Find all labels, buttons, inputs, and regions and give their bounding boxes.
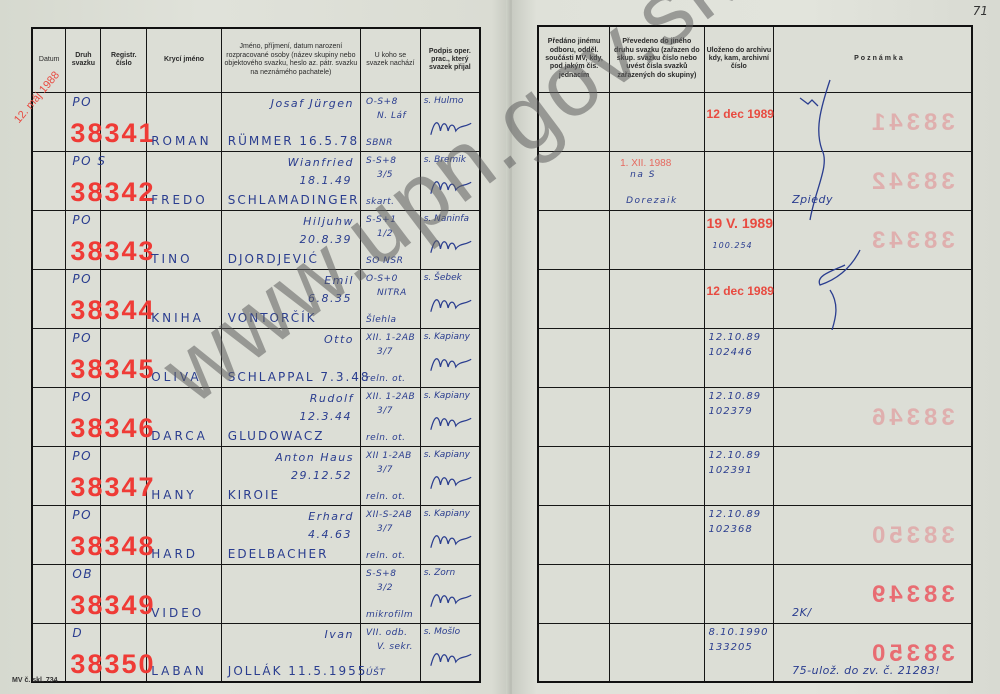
jmeno-line-1: Ivan <box>325 628 354 641</box>
cell-u-koho: XII. 1-2AB3/7reln. ot. <box>360 328 420 387</box>
signature-icon <box>427 115 475 143</box>
cell-predano <box>538 564 610 623</box>
cell-poznamka: 38341 <box>774 92 972 151</box>
header-u-koho: U koho se svazek nachází <box>360 28 420 92</box>
jmeno-line-2: 4.4.63 <box>308 528 352 541</box>
u-koho-line-2: 1/2 <box>377 229 393 239</box>
cell-podpis: s. Šebek <box>420 269 480 328</box>
jmeno-line-2: 12.3.44 <box>299 410 352 423</box>
cell-jmeno-osoby: OttoSCHLAPPAL 7.3.48 <box>221 328 360 387</box>
jmeno-line-3: SCHLAMADINGER <box>228 193 360 207</box>
kryci-jmeno-value: HANY <box>151 488 197 502</box>
cell-ulozeno: 12 dec 1989 <box>704 269 774 328</box>
u-koho-line-3: SO NSR <box>366 256 403 266</box>
cell-datum <box>32 210 66 269</box>
cell-u-koho: O-S+0NITRAŠlehla <box>360 269 420 328</box>
table-row: PO38344KNIHAEmil6.8.35VONTORČÍKO-S+0NITR… <box>32 269 480 328</box>
kryci-jmeno-value: ROMAN <box>151 134 211 148</box>
table-row: 12 dec 198938341 <box>538 92 972 151</box>
cell-datum <box>32 623 66 682</box>
ulozeno-archive-number: 102391 <box>709 465 753 476</box>
druh-svazku-value: PO <box>72 449 92 463</box>
ulozeno-stamp: 12 dec 1989 <box>707 284 774 298</box>
u-koho-line-3: reln. ot. <box>366 492 406 502</box>
jmeno-line-3: VONTORČÍK <box>228 311 317 325</box>
cell-u-koho: XII 1-2AB3/7reln. ot. <box>360 446 420 505</box>
u-koho-line-2: 3/7 <box>377 347 393 357</box>
cell-podpis: s. Kapiany <box>420 505 480 564</box>
cell-datum <box>32 564 66 623</box>
cell-kryci-jmeno: VIDEO <box>147 564 222 623</box>
u-koho-line-3: mikrofilm <box>366 610 413 620</box>
u-koho-line-3: Šlehla <box>366 315 396 325</box>
page-number: 71 <box>973 4 988 18</box>
u-koho-line-3: skart. <box>366 197 395 207</box>
podpis-line-1: s. Kapiany <box>424 509 470 519</box>
u-koho-line-1: VII. odb. <box>366 628 407 638</box>
jmeno-line-1: Hiljuhw <box>303 215 354 228</box>
cell-datum <box>32 269 66 328</box>
mirrored-stamp: 38346 <box>868 404 955 432</box>
cell-poznamka <box>774 269 972 328</box>
cell-prevedeno <box>610 505 704 564</box>
cell-prevedeno <box>610 328 704 387</box>
cell-u-koho: XII-S-2AB3/7reln. ot. <box>360 505 420 564</box>
jmeno-line-3: DJORDJEVIĆ <box>228 252 319 266</box>
cell-kryci-jmeno: TINO <box>147 210 222 269</box>
cell-jmeno-osoby: Rudolf12.3.44GLUDOWACZ <box>221 387 360 446</box>
cell-ulozeno: 12.10.89102391 <box>704 446 774 505</box>
u-koho-line-2: 3/7 <box>377 465 393 475</box>
druh-svazku-value: PO <box>72 331 92 345</box>
signature-icon <box>427 646 475 674</box>
jmeno-line-3: GLUDOWACZ <box>228 429 325 443</box>
right-header-row: Předáno jinému odboru, odděl. součásti M… <box>538 26 972 92</box>
jmeno-line-1: Otto <box>324 333 354 346</box>
cell-poznamka: 383492K/ <box>774 564 972 623</box>
table-row: 1. XII. 1988na SDorezaik38342Zpiedy <box>538 151 972 210</box>
jmeno-line-1: Wianfried <box>288 156 354 169</box>
cell-u-koho: S-S+83/2mikrofilm <box>360 564 420 623</box>
cell-podpis: s. Kapiany <box>420 446 480 505</box>
podpis-line-1: s. Naninfa <box>424 214 469 224</box>
cell-druh: PO S38342 <box>66 151 101 210</box>
cell-kryci-jmeno: OLIVA <box>147 328 222 387</box>
jmeno-line-2: 29.12.52 <box>291 469 352 482</box>
kryci-jmeno-value: OLIVA <box>151 370 201 384</box>
cell-kryci-jmeno: HANY <box>147 446 222 505</box>
ulozeno-date: 12.10.89 <box>709 450 762 461</box>
table-row: PO38347HANYAnton Haus29.12.52KIROIEXII 1… <box>32 446 480 505</box>
podpis-line-1: s. Mošlo <box>424 627 460 637</box>
cell-kryci-jmeno: ROMAN <box>147 92 222 151</box>
cell-podpis: s. Kapiany <box>420 387 480 446</box>
jmeno-line-2: 6.8.35 <box>308 292 352 305</box>
ulozeno-stamp: 19 V. 1989 <box>707 215 773 231</box>
cell-podpis: s. Naninfa <box>420 210 480 269</box>
header-kryci-jmeno: Krycí jméno <box>147 28 222 92</box>
cell-druh: D38350 <box>66 623 101 682</box>
cell-kryci-jmeno: KNIHA <box>147 269 222 328</box>
podpis-line-1: s. Bremik <box>424 155 466 165</box>
kryci-jmeno-value: FREDO <box>151 193 208 207</box>
cell-u-koho: S-S+11/2SO NSR <box>360 210 420 269</box>
ulozeno-date: 12.10.89 <box>709 332 762 343</box>
table-row: PO S38342FREDOWianfried18.1.49SCHLAMADIN… <box>32 151 480 210</box>
kryci-jmeno-value: LABAN <box>151 664 207 678</box>
signature-icon <box>427 410 475 438</box>
druh-svazku-value: PO <box>72 213 92 227</box>
left-register-table: Datum Druh svazku Registr. číslo Krycí j… <box>31 27 481 683</box>
cell-datum <box>32 387 66 446</box>
u-koho-line-2: 3/7 <box>377 524 393 534</box>
cell-registr <box>101 210 147 269</box>
cell-registr <box>101 328 147 387</box>
cell-registr <box>101 505 147 564</box>
cell-jmeno-osoby: Erhard4.4.63EDELBACHER <box>221 505 360 564</box>
cell-jmeno-osoby: Emil6.8.35VONTORČÍK <box>221 269 360 328</box>
u-koho-line-3: reln. ot. <box>366 433 406 443</box>
cell-registr <box>101 387 147 446</box>
cell-jmeno-osoby: Josaf JürgenRÜMMER 16.5.78 <box>221 92 360 151</box>
cell-druh: PO38346 <box>66 387 101 446</box>
druh-svazku-value: PO <box>72 272 92 286</box>
header-druh-svazku: Druh svazku <box>66 28 101 92</box>
cell-podpis: s. Zorn <box>420 564 480 623</box>
header-ulozeno: Uloženo do archivu kdy, kam, archivní čí… <box>704 26 774 92</box>
kryci-jmeno-value: HARD <box>151 547 198 561</box>
u-koho-line-1: XII. 1-2AB <box>366 392 415 402</box>
cell-druh: PO38341 <box>66 92 101 151</box>
cell-u-koho: O-S+8N. LáfSBNR <box>360 92 420 151</box>
cell-poznamka: 38343 <box>774 210 972 269</box>
cell-predano <box>538 328 610 387</box>
cell-kryci-jmeno: DARCA <box>147 387 222 446</box>
cell-ulozeno: 12.10.89102446 <box>704 328 774 387</box>
ulozeno-stamp: 12 dec 1989 <box>707 107 774 121</box>
cell-prevedeno <box>610 446 704 505</box>
druh-svazku-value: PO <box>72 390 92 404</box>
header-jmeno-osoby: Jméno, příjmení, datum narození rozpraco… <box>221 28 360 92</box>
u-koho-line-3: SBNR <box>366 138 393 148</box>
table-row: OB38349VIDEOS-S+83/2mikrofilms. Zorn <box>32 564 480 623</box>
cell-kryci-jmeno: FREDO <box>147 151 222 210</box>
cell-druh: PO38345 <box>66 328 101 387</box>
cell-ulozeno <box>704 151 774 210</box>
header-podpis: Podpis oper. prac., který svazek přijal <box>420 28 480 92</box>
cell-datum <box>32 328 66 387</box>
cell-registr <box>101 446 147 505</box>
left-page: Datum Druh svazku Registr. číslo Krycí j… <box>0 0 512 694</box>
signature-icon <box>427 351 475 379</box>
mirrored-stamp: 38349 <box>868 581 955 609</box>
ulozeno-archive-number: 133205 <box>709 642 753 653</box>
signature-icon <box>427 174 475 202</box>
cell-registr <box>101 564 147 623</box>
cell-podpis: s. Hulmo <box>420 92 480 151</box>
cell-poznamka: 3835075-ulož. do zv. č. 21283! <box>774 623 972 682</box>
jmeno-line-1: Rudolf <box>310 392 354 405</box>
podpis-line-1: s. Kapiany <box>424 450 470 460</box>
header-predano: Předáno jinému odboru, odděl. součásti M… <box>538 26 610 92</box>
jmeno-line-1: Anton Haus <box>275 451 354 464</box>
podpis-line-1: s. Zorn <box>424 568 456 578</box>
form-code: MV č. skl. 734 <box>12 677 58 684</box>
cell-registr <box>101 269 147 328</box>
cell-datum <box>32 151 66 210</box>
cell-registr <box>101 92 147 151</box>
u-koho-line-3: reln. ot. <box>366 551 406 561</box>
ulozeno-date: 8.10.1990 <box>709 627 769 638</box>
cell-prevedeno <box>610 92 704 151</box>
druh-svazku-value: D <box>72 626 83 640</box>
jmeno-line-3: RÜMMER 16.5.78 <box>228 134 359 148</box>
table-row: 12.10.8910237938346 <box>538 387 972 446</box>
u-koho-line-2: 3/5 <box>377 170 393 180</box>
cell-ulozeno: 19 V. 1989100.254 <box>704 210 774 269</box>
kryci-jmeno-value: DARCA <box>151 429 208 443</box>
cell-predano <box>538 92 610 151</box>
podpis-line-1: s. Šebek <box>424 273 462 283</box>
cell-prevedeno <box>610 210 704 269</box>
table-row: 12.10.89102391 <box>538 446 972 505</box>
jmeno-line-3: JOLLÁK 11.5.1955 <box>228 664 368 678</box>
poznamka-note: 2K/ <box>792 606 811 619</box>
cell-predano <box>538 623 610 682</box>
header-prevedeno: Převedeno do jiného druhu svazku (zařaze… <box>610 26 704 92</box>
right-register-table: Předáno jinému odboru, odděl. součásti M… <box>537 25 973 683</box>
cell-u-koho: VII. odb.V. sekr.ÚŠT <box>360 623 420 682</box>
cell-prevedeno <box>610 387 704 446</box>
cell-u-koho: XII. 1-2AB3/7reln. ot. <box>360 387 420 446</box>
poznamka-note: Zpiedy <box>792 193 833 206</box>
u-koho-line-2: 3/7 <box>377 406 393 416</box>
u-koho-line-2: 3/2 <box>377 583 393 593</box>
header-poznamka: Poznámka <box>774 26 972 92</box>
signature-icon <box>427 233 475 261</box>
podpis-line-1: s. Kapiany <box>424 332 470 342</box>
table-row: PO38341ROMANJosaf JürgenRÜMMER 16.5.78O-… <box>32 92 480 151</box>
prevedeno-note-2: Dorezaik <box>626 196 678 206</box>
cell-druh: OB38349 <box>66 564 101 623</box>
cell-druh: PO38344 <box>66 269 101 328</box>
jmeno-line-3: KIROIE <box>228 488 280 502</box>
cell-druh: PO38343 <box>66 210 101 269</box>
table-row: 19 V. 1989100.25438343 <box>538 210 972 269</box>
signature-icon <box>427 292 475 320</box>
u-koho-line-1: XII 1-2AB <box>366 451 412 461</box>
cell-poznamka: 38350 <box>774 505 972 564</box>
u-koho-line-3: ÚŠT <box>366 668 385 678</box>
jmeno-line-3: SCHLAPPAL 7.3.48 <box>228 370 371 384</box>
cell-jmeno-osoby: Wianfried18.1.49SCHLAMADINGER <box>221 151 360 210</box>
cell-predano <box>538 505 610 564</box>
cell-kryci-jmeno: HARD <box>147 505 222 564</box>
table-row: 383492K/ <box>538 564 972 623</box>
signature-icon <box>427 587 475 615</box>
prevedeno-stamp: 1. XII. 1988 <box>620 158 671 169</box>
cell-poznamka <box>774 446 972 505</box>
cell-jmeno-osoby: Hiljuhw20.8.39DJORDJEVIĆ <box>221 210 360 269</box>
mirrored-stamp: 38341 <box>868 109 955 137</box>
cell-datum <box>32 505 66 564</box>
cell-prevedeno <box>610 623 704 682</box>
cell-kryci-jmeno: LABAN <box>147 623 222 682</box>
table-row: D38350LABANIvanJOLLÁK 11.5.1955VII. odb.… <box>32 623 480 682</box>
cell-registr <box>101 623 147 682</box>
cell-jmeno-osoby <box>221 564 360 623</box>
jmeno-line-1: Josaf Jürgen <box>271 97 354 110</box>
ulozeno-date: 100.254 <box>713 241 753 250</box>
cell-jmeno-osoby: Anton Haus29.12.52KIROIE <box>221 446 360 505</box>
header-registr-cislo: Registr. číslo <box>101 28 147 92</box>
mirrored-stamp: 38350 <box>868 522 955 550</box>
druh-svazku-value: PO <box>72 95 92 109</box>
cell-podpis: s. Mošlo <box>420 623 480 682</box>
signature-icon <box>427 528 475 556</box>
ulozeno-archive-number: 102446 <box>709 347 753 358</box>
cell-podpis: s. Kapiany <box>420 328 480 387</box>
cell-prevedeno <box>610 564 704 623</box>
ulozeno-date: 12.10.89 <box>709 391 762 402</box>
cell-predano <box>538 210 610 269</box>
cell-poznamka: 38346 <box>774 387 972 446</box>
u-koho-line-1: XII-S-2AB <box>366 510 412 520</box>
prevedeno-note: na S <box>630 170 656 180</box>
u-koho-line-1: O-S+8 <box>366 97 398 107</box>
u-koho-line-1: S-S+8 <box>366 569 396 579</box>
cell-registr <box>101 151 147 210</box>
poznamka-label: Poznámka <box>854 55 905 62</box>
u-koho-line-2: NITRA <box>377 288 407 298</box>
ulozeno-archive-number: 102368 <box>709 524 753 535</box>
u-koho-line-1: S-S+8 <box>366 156 396 166</box>
kryci-jmeno-value: KNIHA <box>151 311 204 325</box>
cell-ulozeno <box>704 564 774 623</box>
jmeno-line-2: 20.8.39 <box>299 233 352 246</box>
u-koho-line-1: O-S+0 <box>366 274 398 284</box>
signature-icon <box>427 469 475 497</box>
u-koho-line-2: V. sekr. <box>377 642 413 652</box>
cell-ulozeno: 8.10.1990133205 <box>704 623 774 682</box>
cell-jmeno-osoby: IvanJOLLÁK 11.5.1955 <box>221 623 360 682</box>
cell-ulozeno: 12 dec 1989 <box>704 92 774 151</box>
cell-druh: PO38348 <box>66 505 101 564</box>
podpis-line-1: s. Kapiany <box>424 391 470 401</box>
table-row: 8.10.19901332053835075-ulož. do zv. č. 2… <box>538 623 972 682</box>
cell-poznamka: 38342Zpiedy <box>774 151 972 210</box>
ulozeno-date: 12.10.89 <box>709 509 762 520</box>
kryci-jmeno-value: VIDEO <box>151 606 204 620</box>
podpis-line-1: s. Hulmo <box>424 96 464 106</box>
u-koho-line-1: XII. 1-2AB <box>366 333 415 343</box>
table-row: 12 dec 1989 <box>538 269 972 328</box>
table-row: PO38346DARCARudolf12.3.44GLUDOWACZXII. 1… <box>32 387 480 446</box>
jmeno-line-2: 18.1.49 <box>299 174 352 187</box>
cell-predano <box>538 269 610 328</box>
table-row: PO38343TINOHiljuhw20.8.39DJORDJEVIĆS-S+1… <box>32 210 480 269</box>
table-row: PO38348HARDErhard4.4.63EDELBACHERXII-S-2… <box>32 505 480 564</box>
left-header-row: Datum Druh svazku Registr. číslo Krycí j… <box>32 28 480 92</box>
cell-ulozeno: 12.10.89102368 <box>704 505 774 564</box>
kryci-jmeno-value: TINO <box>151 252 192 266</box>
cell-predano <box>538 151 610 210</box>
cell-prevedeno: 1. XII. 1988na SDorezaik <box>610 151 704 210</box>
ulozeno-archive-number: 102379 <box>709 406 753 417</box>
jmeno-line-1: Emil <box>324 274 354 287</box>
u-koho-line-1: S-S+1 <box>366 215 396 225</box>
cell-predano <box>538 446 610 505</box>
table-row: PO38345OLIVAOttoSCHLAPPAL 7.3.48XII. 1-2… <box>32 328 480 387</box>
cell-prevedeno <box>610 269 704 328</box>
cell-datum <box>32 446 66 505</box>
cell-podpis: s. Bremik <box>420 151 480 210</box>
mirrored-stamp: 38343 <box>868 227 955 255</box>
cell-ulozeno: 12.10.89102379 <box>704 387 774 446</box>
table-row: 12.10.8910236838350 <box>538 505 972 564</box>
jmeno-line-3: EDELBACHER <box>228 547 329 561</box>
poznamka-note: 75-ulož. do zv. č. 21283! <box>792 664 940 677</box>
u-koho-line-2: N. Láf <box>377 111 406 121</box>
cell-poznamka <box>774 328 972 387</box>
mirrored-stamp: 38342 <box>868 168 955 196</box>
cell-u-koho: S-S+83/5skart. <box>360 151 420 210</box>
cell-druh: PO38347 <box>66 446 101 505</box>
druh-svazku-value: OB <box>72 567 93 581</box>
jmeno-line-1: Erhard <box>308 510 354 523</box>
cell-predano <box>538 387 610 446</box>
table-row: 12.10.89102446 <box>538 328 972 387</box>
u-koho-line-3: reln. ot. <box>366 374 406 384</box>
druh-svazku-value: PO <box>72 508 92 522</box>
